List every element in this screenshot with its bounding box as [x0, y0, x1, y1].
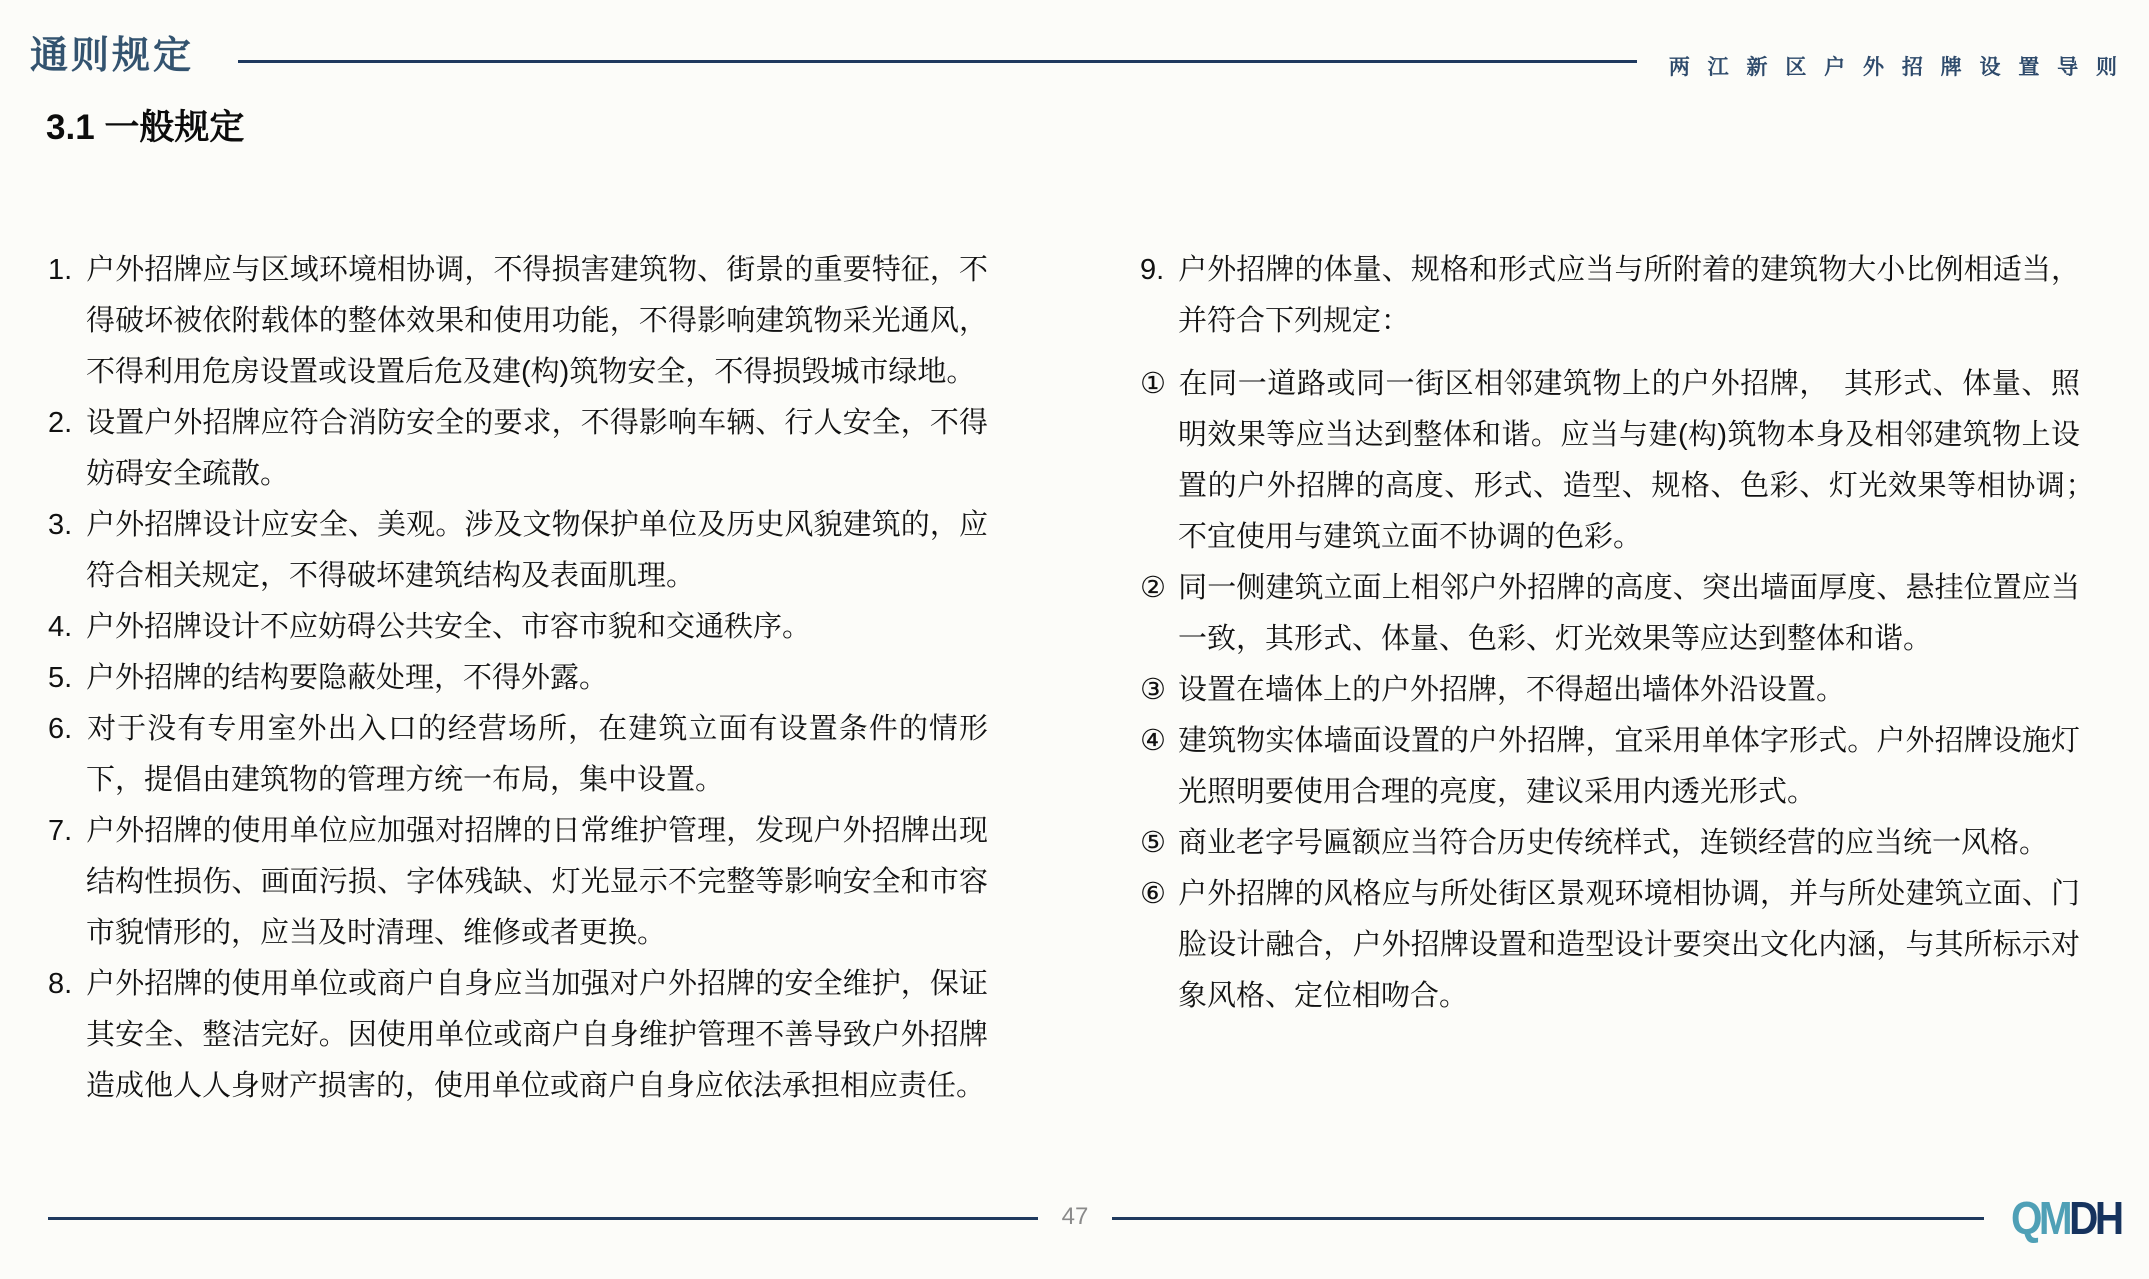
item-text: 商业老字号匾额应当符合历史传统样式，连锁经营的应当统一风格。 — [1178, 827, 2048, 859]
item-number: ③ — [1140, 665, 1178, 716]
logo-dh-text: DH — [2070, 1192, 2121, 1244]
item-text: 建筑物实体墙面设置的户外招牌，宜采用单体字形式。户外招牌设施灯光照明要使用合理的… — [1178, 725, 2080, 808]
sub-item-1: ①在同一道路或同一街区相邻建筑物上的户外招牌， 其形式、体量、照明效果等应当达到… — [1140, 359, 2080, 563]
item-number: ⑤ — [1140, 818, 1178, 869]
item-number: 4. — [48, 602, 86, 653]
item-text: 户外招牌设计不应妨碍公共安全、市容市貌和交通秩序。 — [86, 611, 811, 643]
list-item-6: 6.对于没有专用室外出入口的经营场所，在建筑立面有设置条件的情形下，提倡由建筑物… — [48, 704, 988, 806]
item-number: 9. — [1140, 245, 1178, 296]
logo-qm-text: QM — [2011, 1192, 2069, 1244]
item-text: 户外招牌设计应安全、美观。涉及文物保护单位及历史风貌建筑的，应符合相关规定，不得… — [86, 509, 988, 592]
item-number: 7. — [48, 806, 86, 857]
item-number: 8. — [48, 959, 86, 1010]
item-number: ① — [1140, 359, 1178, 410]
footer-line-right — [1112, 1217, 1984, 1220]
item-text: 户外招牌的使用单位应加强对招牌的日常维护管理，发现户外招牌出现结构性损伤、画面污… — [86, 815, 988, 949]
item-text: 户外招牌的风格应与所处街区景观环境相协调，并与所处建筑立面、门脸设计融合，户外招… — [1178, 878, 2080, 1012]
section-title: 3.1 一般规定 — [46, 100, 244, 150]
item-number: ④ — [1140, 716, 1178, 767]
item-number: 5. — [48, 653, 86, 704]
list-item-1: 1.户外招牌应与区域环境相协调，不得损害建筑物、街景的重要特征，不得破坏被依附载… — [48, 245, 988, 398]
sub-item-5: ⑤商业老字号匾额应当符合历史传统样式，连锁经营的应当统一风格。 — [1140, 818, 2080, 869]
item-text: 对于没有专用室外出入口的经营场所，在建筑立面有设置条件的情形下，提倡由建筑物的管… — [86, 713, 988, 796]
item-text: 户外招牌的结构要隐蔽处理，不得外露。 — [86, 662, 608, 694]
list-item-9: 9.户外招牌的体量、规格和形式应当与所附着的建筑物大小比例相适当，并符合下列规定… — [1140, 245, 2080, 347]
item-text: 在同一道路或同一街区相邻建筑物上的户外招牌， 其形式、体量、照明效果等应当达到整… — [1178, 368, 2109, 553]
item-number: 2. — [48, 398, 86, 449]
footer-line-left — [48, 1217, 1038, 1220]
item-text: 户外招牌的使用单位或商户自身应当加强对户外招牌的安全维护，保证其安全、整洁完好。… — [86, 968, 988, 1102]
item-text: 户外招牌的体量、规格和形式应当与所附着的建筑物大小比例相适当，并符合下列规定： — [1178, 254, 2080, 337]
page-title: 通则规定 — [30, 24, 194, 79]
item-text: 户外招牌应与区域环境相协调，不得损害建筑物、街景的重要特征，不得破坏被依附载体的… — [86, 254, 988, 388]
item-text: 同一侧建筑立面上相邻户外招牌的高度、突出墙面厚度、悬挂位置应当一致，其形式、体量… — [1178, 572, 2080, 655]
item-text: 设置在墙体上的户外招牌，不得超出墙体外沿设置。 — [1178, 674, 1845, 706]
sub-item-3: ③设置在墙体上的户外招牌，不得超出墙体外沿设置。 — [1140, 665, 2080, 716]
list-item-2: 2.设置户外招牌应符合消防安全的要求，不得影响车辆、行人安全，不得妨碍安全疏散。 — [48, 398, 988, 500]
qmdh-logo: QMDH — [2011, 1191, 2121, 1245]
sub-item-6: ⑥户外招牌的风格应与所处街区景观环境相协调，并与所处建筑立面、门脸设计融合，户外… — [1140, 869, 2080, 1022]
right-column: 9.户外招牌的体量、规格和形式应当与所附着的建筑物大小比例相适当，并符合下列规定… — [1140, 245, 2080, 1022]
left-column: 1.户外招牌应与区域环境相协调，不得损害建筑物、街景的重要特征，不得破坏被依附载… — [48, 245, 988, 1112]
item-number: 3. — [48, 500, 86, 551]
sub-item-2: ②同一侧建筑立面上相邻户外招牌的高度、突出墙面厚度、悬挂位置应当一致，其形式、体… — [1140, 563, 2080, 665]
list-item-7: 7.户外招牌的使用单位应加强对招牌的日常维护管理，发现户外招牌出现结构性损伤、画… — [48, 806, 988, 959]
header-divider-line — [238, 60, 1637, 63]
list-item-4: 4.户外招牌设计不应妨碍公共安全、市容市貌和交通秩序。 — [48, 602, 988, 653]
doc-title: 两 江 新 区 户 外 招 牌 设 置 导 则 — [1669, 51, 2123, 81]
item-number: 6. — [48, 704, 86, 755]
item-number: ⑥ — [1140, 869, 1178, 920]
list-item-8: 8.户外招牌的使用单位或商户自身应当加强对户外招牌的安全维护，保证其安全、整洁完… — [48, 959, 988, 1112]
list-item-3: 3.户外招牌设计应安全、美观。涉及文物保护单位及历史风貌建筑的，应符合相关规定，… — [48, 500, 988, 602]
sub-item-4: ④建筑物实体墙面设置的户外招牌，宜采用单体字形式。户外招牌设施灯光照明要使用合理… — [1140, 716, 2080, 818]
document-page: 通则规定 两 江 新 区 户 外 招 牌 设 置 导 则 3.1 一般规定 1.… — [0, 0, 2149, 1279]
item-number: ② — [1140, 563, 1178, 614]
list-item-5: 5.户外招牌的结构要隐蔽处理，不得外露。 — [48, 653, 988, 704]
item-number: 1. — [48, 245, 86, 296]
item-text: 设置户外招牌应符合消防安全的要求，不得影响车辆、行人安全，不得妨碍安全疏散。 — [86, 407, 988, 490]
page-number: 47 — [1038, 1203, 1112, 1231]
